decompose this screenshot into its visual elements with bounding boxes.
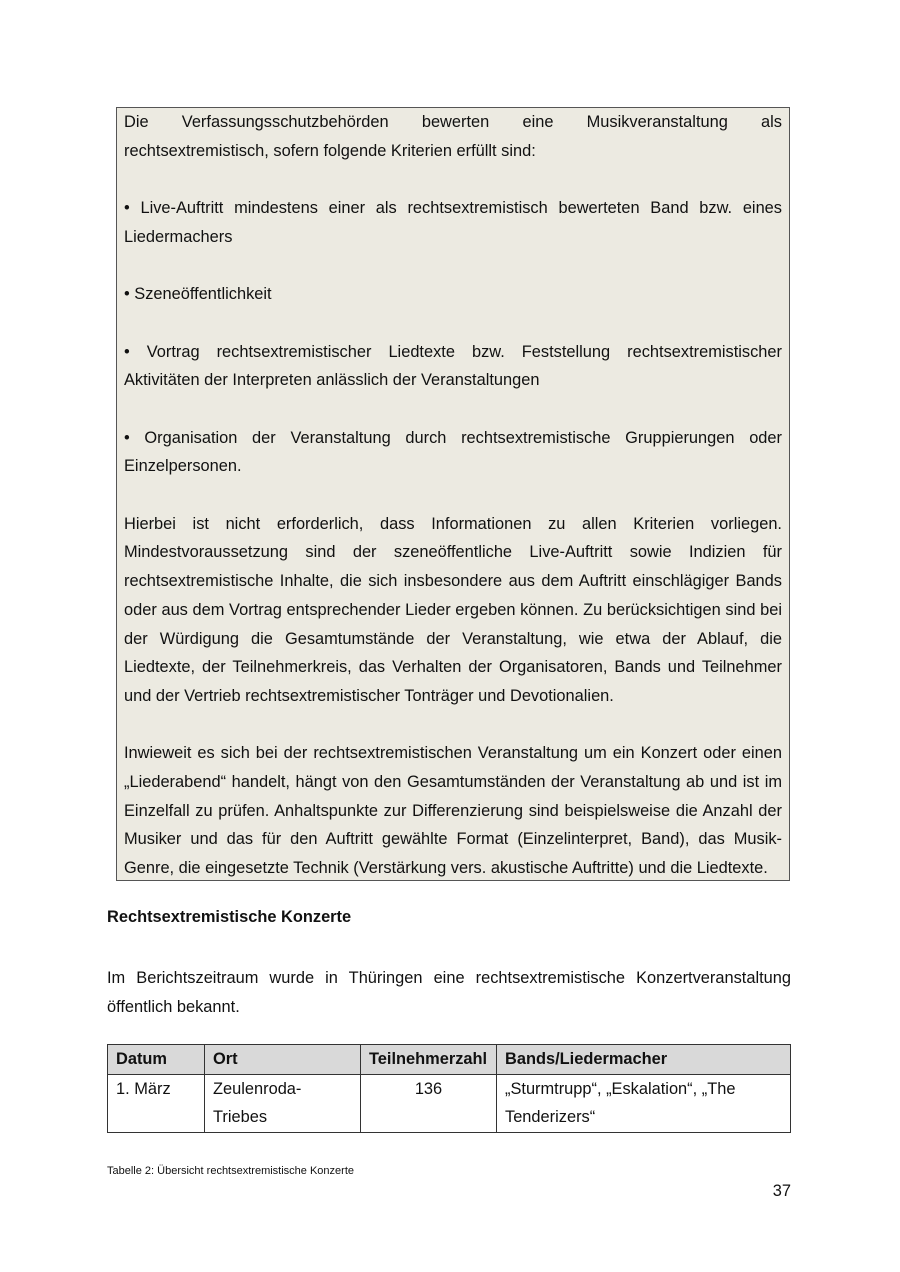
cell-location: Zeulenroda-Triebes: [205, 1074, 361, 1132]
concerts-table: Datum Ort Teilnehmer­zahl Bands/Liederma…: [107, 1044, 791, 1133]
header-location: Ort: [205, 1045, 361, 1075]
page-number: 37: [773, 1182, 791, 1201]
infobox-paragraph-differentiation: Inwieweit es sich bei der rechtsextremis…: [124, 739, 782, 883]
infobox-paragraph-intro: Die Verfassungsschutzbehörden bewerten e…: [124, 108, 782, 165]
header-bands: Bands/Liedermacher: [497, 1045, 791, 1075]
table-row: 1. März Zeulenroda-Triebes 136 „Sturmtru…: [108, 1074, 791, 1132]
section-intro: Im Berichtszeitraum wurde in Thüringen e…: [107, 964, 791, 1021]
cell-participants: 136: [361, 1074, 497, 1132]
infobox-paragraph-requirements: Hierbei ist nicht erforderlich, dass Inf…: [124, 510, 782, 711]
section-heading: Rechtsextremistische Konzerte: [107, 908, 351, 927]
criterion-organisation: • Organisation der Veranstaltung durch r…: [124, 424, 782, 481]
header-participants: Teilnehmer­zahl: [361, 1045, 497, 1075]
criterion-scene-publicity: • Szeneöffentlichkeit: [124, 280, 782, 309]
table-caption: Tabelle 2: Übersicht rechtsextremistisch…: [107, 1165, 354, 1177]
criteria-infobox: Die Verfassungsschutzbehörden bewerten e…: [116, 107, 790, 881]
table-header-row: Datum Ort Teilnehmer­zahl Bands/Liederma…: [108, 1045, 791, 1075]
cell-date: 1. März: [108, 1074, 205, 1132]
header-date: Datum: [108, 1045, 205, 1075]
criterion-live-performance: • Live-Auftritt mindestens einer als rec…: [124, 194, 782, 251]
criterion-lyrics: • Vortrag rechtsextremistischer Liedtext…: [124, 338, 782, 395]
cell-bands: „Sturmtrupp“, „Eskalation“, „The Tenderi…: [497, 1074, 791, 1132]
